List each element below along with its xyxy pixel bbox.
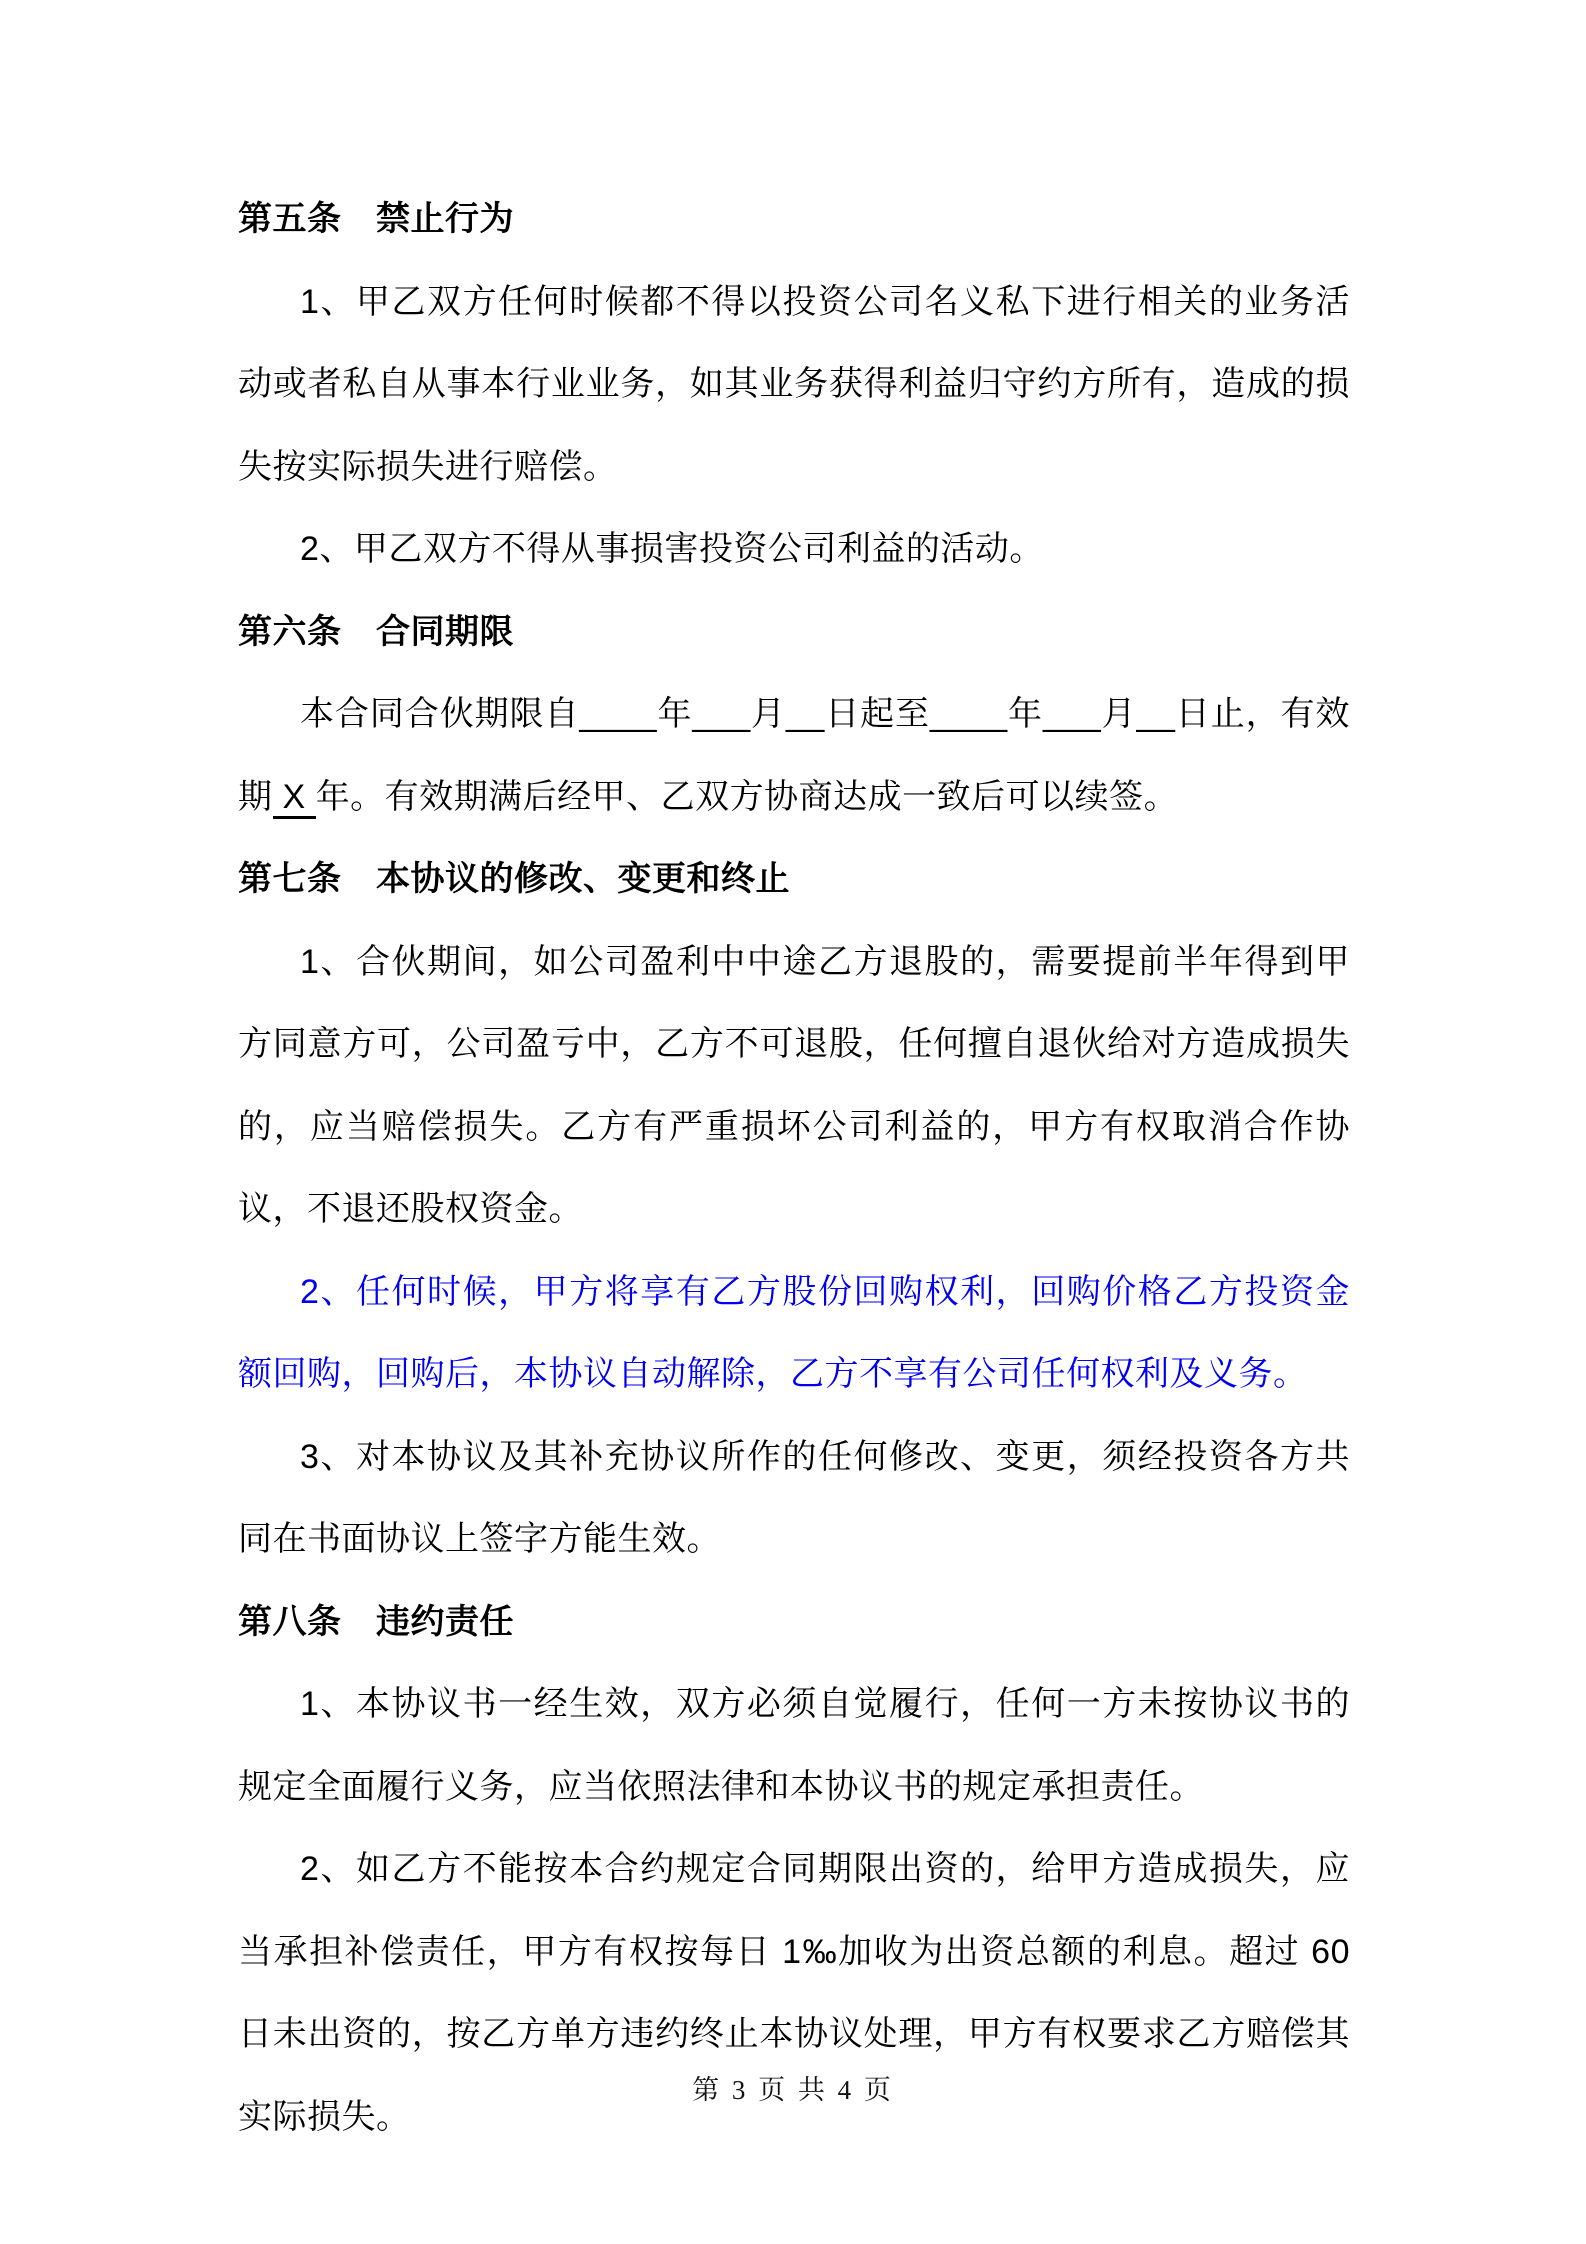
- paragraph: 1、甲乙双方任何时候都不得以投资公司名义私下进行相关的业务活动或者私自从事本行业…: [238, 261, 1350, 509]
- paragraph: 2、任何时候，甲方将享有乙方股份回购权利，回购价格乙方投资金额回购，回购后，本协…: [238, 1251, 1350, 1416]
- page-number-footer: 第 3 页 共 4 页: [0, 2068, 1586, 2107]
- text-run: 年。有效期满后经甲、乙双方协商达成一致后可以续签。: [316, 778, 1179, 816]
- section-heading: 第五条 禁止行为: [238, 178, 1350, 261]
- fill-in-value: X: [273, 778, 316, 819]
- document-body: 第五条 禁止行为1、甲乙双方任何时候都不得以投资公司名义私下进行相关的业务活动或…: [238, 178, 1350, 2158]
- section-heading: 第六条 合同期限: [238, 591, 1350, 674]
- paragraph: 1、合伙期间，如公司盈利中中途乙方退股的，需要提前半年得到甲方同意方可，公司盈亏…: [238, 921, 1350, 1251]
- paragraph: 1、本协议书一经生效，双方必须自觉履行，任何一方未按协议书的规定全面履行义务，应…: [238, 1663, 1350, 1828]
- paragraph: 2、甲乙双方不得从事损害投资公司利益的活动。: [238, 508, 1350, 591]
- paragraph: 3、对本协议及其补充协议所作的任何修改、变更，须经投资各方共同在书面协议上签字方…: [238, 1416, 1350, 1581]
- paragraph: 2、如乙方不能按本合约规定合同期限出资的，给甲方造成损失，应当承担补偿责任，甲方…: [238, 1828, 1350, 2158]
- contract-page: 第五条 禁止行为1、甲乙双方任何时候都不得以投资公司名义私下进行相关的业务活动或…: [0, 0, 1586, 2244]
- section-heading: 第八条 违约责任: [238, 1581, 1350, 1664]
- section-heading: 第七条 本协议的修改、变更和终止: [238, 838, 1350, 921]
- paragraph: 本合同合伙期限自____年___月__日起至____年___月__日止，有效期X…: [238, 673, 1350, 838]
